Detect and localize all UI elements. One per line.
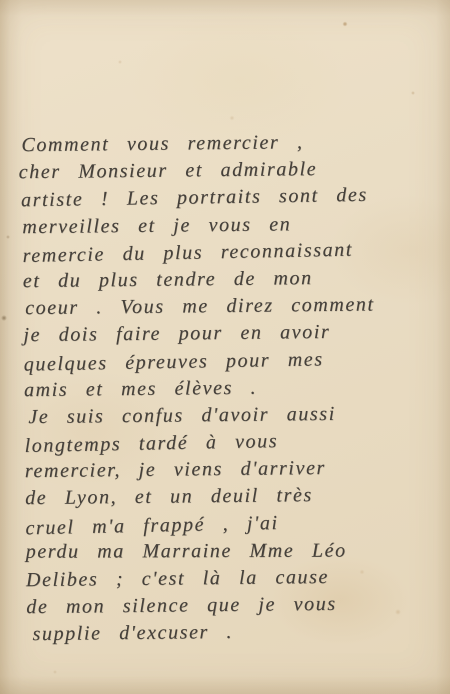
letter-line: de mon silence que je vous [26,590,440,622]
letter-text-block: Comment vous remercier , cher Monsieur e… [21,128,440,649]
letter-line: coeur . Vous me direz comment [25,291,437,323]
letter-line: Delibes ; c'est là la cause [26,563,440,595]
letter-page: Comment vous remercier , cher Monsieur e… [0,0,450,694]
letter-line: perdu ma Marraine Mme Léo [26,537,440,566]
letter-line: Comment vous remercier , [21,128,435,160]
letter-line: supplie d'excuser . [32,617,440,648]
